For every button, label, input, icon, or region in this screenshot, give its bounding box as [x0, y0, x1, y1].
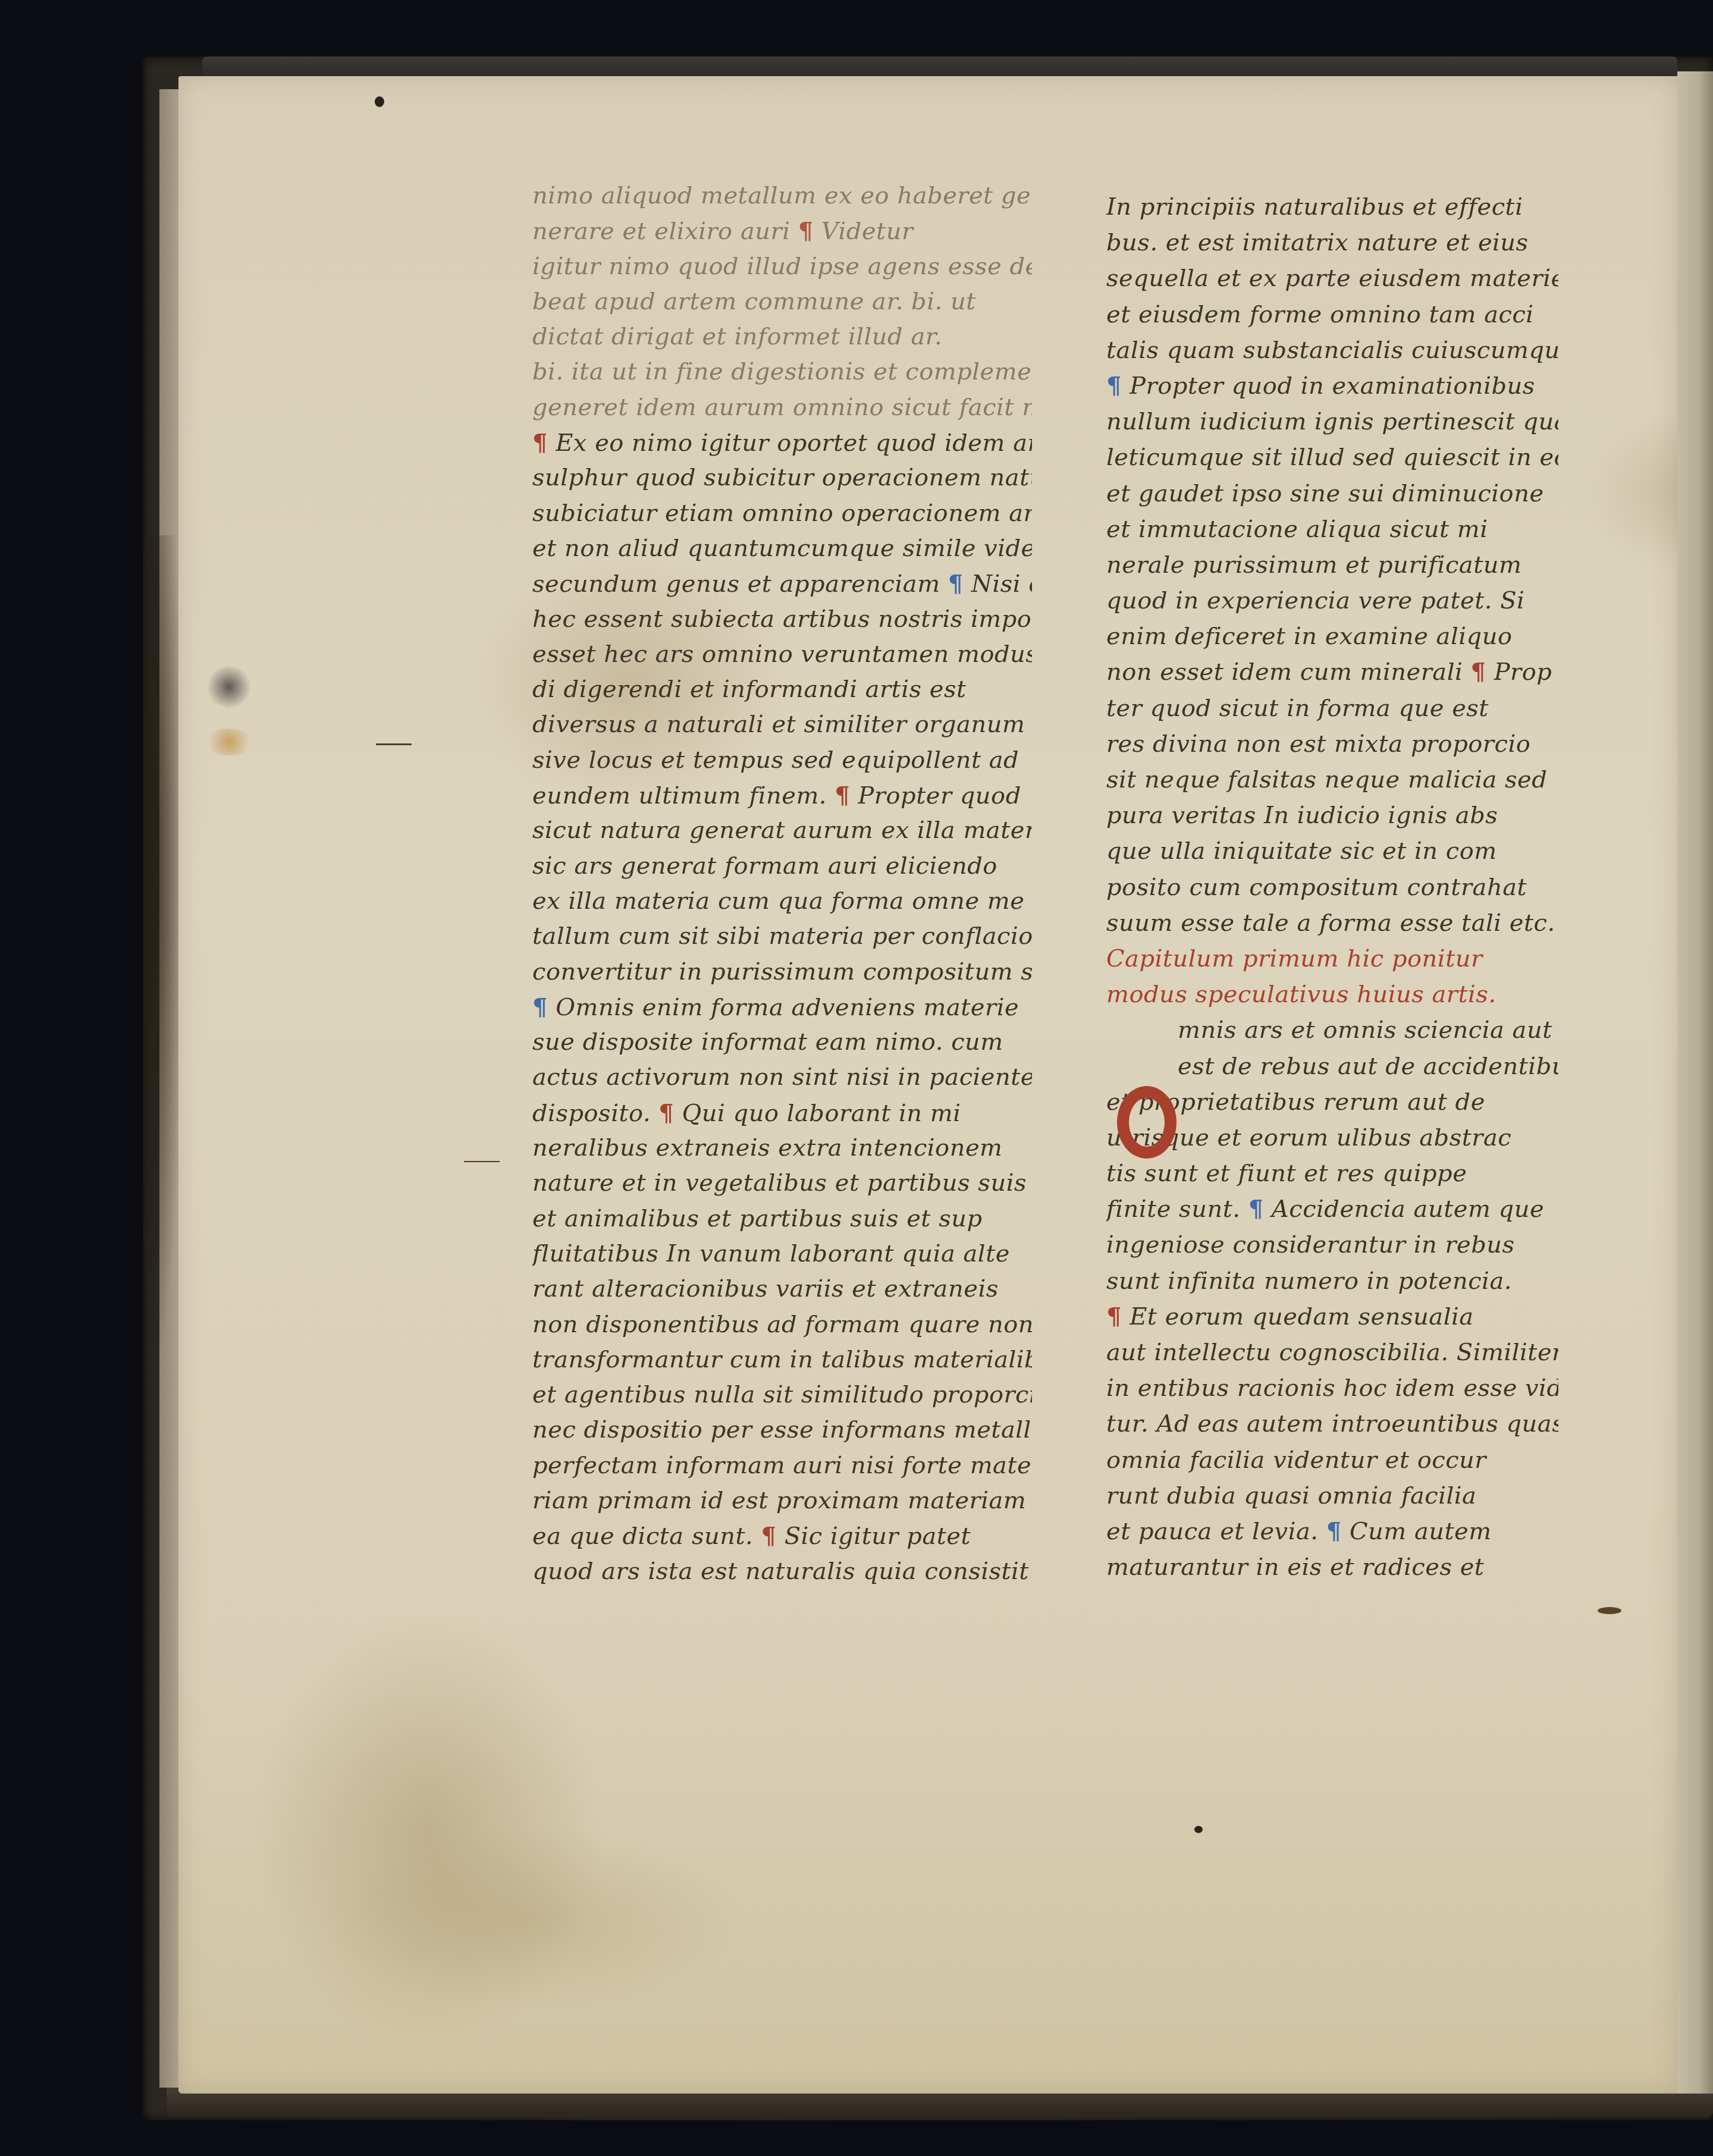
wax-drip-stain	[202, 729, 256, 755]
text-line: sive locus et tempus sed equipollent ad	[532, 743, 1032, 778]
text-line: disposito. ¶ Qui quo laborant in mi	[532, 1096, 1032, 1131]
left-text-column: nimo aliquod metallum ex eo haberet ge n…	[532, 178, 1032, 1589]
text-line: sulphur quod subicitur operacionem natur…	[532, 460, 1032, 495]
text-line: mnis ars et omnis sciencia aut	[1106, 1012, 1558, 1048]
text-line: sit neque falsitas neque malicia sed	[1106, 762, 1558, 798]
text-line: runt dubia quasi omnia facilia	[1106, 1478, 1558, 1514]
text-line: et immutacione aliqua sicut mi	[1106, 511, 1558, 547]
text-line: hec essent subiecta artibus nostris impo…	[532, 602, 1032, 637]
margin-dash	[376, 743, 412, 745]
text-line: nullum iudicium ignis pertinescit qua	[1106, 404, 1558, 440]
text-line: convertitur in purissimum compositum s. …	[532, 955, 1032, 990]
paragraph-mark-icon: ¶	[532, 429, 548, 457]
text-line: perfectam informam auri nisi forte mate	[532, 1448, 1032, 1483]
text-line: ingeniose considerantur in rebus	[1106, 1227, 1558, 1263]
text-line: non disponentibus ad formam quare non	[532, 1307, 1032, 1342]
text-line: et eiusdem forme omnino tam acci	[1106, 297, 1558, 332]
paragraph-mark-icon: ¶	[761, 1522, 776, 1550]
text-line: ter quod sicut in forma que est	[1106, 691, 1558, 726]
text-line: talis quam substancialis cuiuscumque mod…	[1106, 332, 1558, 368]
text-line: nimo aliquod metallum ex eo haberet ge	[532, 178, 1032, 214]
text-line: nature et in vegetalibus et partibus sui…	[532, 1166, 1032, 1201]
text-line: et gaudet ipso sine sui diminucione	[1106, 476, 1558, 511]
text-line: omnia facilia videntur et occur	[1106, 1442, 1558, 1478]
text-line: tallum cum sit sibi materia per conflaci…	[532, 919, 1032, 954]
paragraph-mark-icon: ¶	[798, 217, 814, 245]
ink-spot-mark	[1598, 1607, 1621, 1614]
text-line: fluitatibus In vanum laborant quia alte	[532, 1237, 1032, 1272]
paragraph-mark-icon: ¶	[834, 782, 850, 809]
text-line: generet idem aurum omnino sicut facit na…	[532, 390, 1032, 425]
text-line: res divina non est mixta proporcio	[1106, 726, 1558, 762]
text-line: In principiis naturalibus et effecti	[1106, 189, 1558, 225]
text-line: nerale purissimum et purificatum	[1106, 547, 1558, 583]
text-line: bus. et est imitatrix nature et eius	[1106, 225, 1558, 261]
text-line: sunt infinita numero in potencia.	[1106, 1263, 1558, 1299]
text-line: nec dispositio per esse informans metall…	[532, 1413, 1032, 1448]
text-line: di digerendi et informandi artis est	[532, 672, 1032, 707]
text-line: bi. ita ut in fine digestionis et comple…	[532, 354, 1032, 390]
text-line: diversus a naturali et similiter organum	[532, 707, 1032, 742]
text-line: transformantur cum in talibus materialib…	[532, 1342, 1032, 1377]
text-line: et agentibus nulla sit similitudo propor…	[532, 1377, 1032, 1413]
text-line: suum esse tale a forma esse tali etc.	[1106, 905, 1558, 941]
paragraph-mark-icon: ¶	[1106, 372, 1122, 400]
text-line: non esset idem cum minerali ¶ Prop	[1106, 654, 1558, 690]
text-line: ¶ Omnis enim forma adveniens materie	[532, 990, 1032, 1025]
text-line: sequella et ex parte eiusdem materie	[1106, 261, 1558, 296]
text-line: esset hec ars omnino veruntamen modus ag…	[532, 637, 1032, 672]
text-line: et non aliud quantumcumque simile videat…	[532, 531, 1032, 566]
text-line: dictat dirigat et informet illud ar.	[532, 319, 1032, 354]
text-line: finite sunt. ¶ Accidencia autem que	[1106, 1191, 1558, 1227]
text-line: enim deficeret in examine aliquo	[1106, 619, 1558, 654]
wormhole-mark	[375, 96, 384, 107]
right-text-column: In principiis naturalibus et effecti bus…	[1106, 189, 1558, 1585]
text-line: quod in experiencia vere patet. Si	[1106, 583, 1558, 619]
text-line: in entibus racionis hoc idem esse vide	[1106, 1370, 1558, 1406]
paragraph-mark-icon: ¶	[948, 570, 964, 598]
text-line: quod ars ista est naturalis quia consist…	[532, 1554, 1032, 1589]
text-line: et animalibus et partibus suis et sup	[532, 1201, 1032, 1237]
paragraph-mark-icon: ¶	[532, 993, 548, 1021]
text-line: igitur nimo quod illud ipse agens esse d…	[532, 249, 1032, 284]
gutter-spine	[1677, 71, 1713, 2094]
text-line: tis sunt et fiunt et res quippe	[1106, 1156, 1558, 1191]
text-line: est de rebus aut de accidentibus	[1106, 1049, 1558, 1084]
chapter-rubric-line: Capitulum primum hic ponitur	[1106, 941, 1558, 977]
margin-dash	[464, 1161, 500, 1162]
text-line: sicut natura generat aurum ex illa mater…	[532, 813, 1032, 848]
paragraph-mark-icon: ¶	[1326, 1517, 1342, 1545]
text-line: tur. Ad eas autem introeuntibus quasi	[1106, 1406, 1558, 1442]
paragraph-mark-icon: ¶	[658, 1099, 674, 1127]
paragraph-mark-icon: ¶	[1248, 1195, 1264, 1223]
text-line: et pauca et levia. ¶ Cum autem	[1106, 1514, 1558, 1549]
text-line: pura veritas In iudicio ignis abs	[1106, 798, 1558, 833]
text-line: eundem ultimum finem. ¶ Propter quod	[532, 778, 1032, 813]
text-line: secundum genus et apparenciam ¶ Nisi eni…	[532, 566, 1032, 601]
text-line: sue disposite informat eam nimo. cum	[532, 1025, 1032, 1060]
text-line: actus activorum non sint nisi in pacient…	[532, 1060, 1032, 1095]
text-line: que ulla iniquitate sic et in com	[1106, 833, 1558, 869]
decorated-initial-o	[1117, 1086, 1176, 1159]
text-line: aut intellectu cognoscibilia. Similiter	[1106, 1335, 1558, 1370]
text-line: subiciatur etiam omnino operacionem arti…	[532, 496, 1032, 531]
text-line: beat apud artem commune ar. bi. ut	[532, 284, 1032, 319]
chapter-rubric-line: modus speculativus huius artis.	[1106, 977, 1558, 1012]
text-line: ex illa materia cum qua forma omne me	[532, 884, 1032, 919]
text-line: ea que dicta sunt. ¶ Sic igitur patet	[532, 1518, 1032, 1554]
paragraph-mark-icon: ¶	[1470, 658, 1486, 686]
text-line: nerare et elixiro auri ¶ Videtur	[532, 214, 1032, 249]
text-line: ¶ Propter quod in examinationibus	[1106, 368, 1558, 404]
text-line: leticumque sit illud sed quiescit in eo	[1106, 440, 1558, 475]
text-line: posito cum compositum contrahat	[1106, 870, 1558, 905]
paragraph-mark-icon: ¶	[1106, 1303, 1122, 1330]
text-line: sic ars generat formam auri eliciendo	[532, 849, 1032, 884]
text-line: rant alteracionibus variis et extraneis	[532, 1272, 1032, 1307]
ink-blot	[205, 666, 253, 708]
text-line: ¶ Ex eo nimo igitur oportet quod idem ar…	[532, 425, 1032, 460]
text-line: ¶ Et eorum quedam sensualia	[1106, 1299, 1558, 1335]
text-line: maturantur in eis et radices et	[1106, 1549, 1558, 1585]
text-line: neralibus extraneis extra intencionem	[532, 1131, 1032, 1166]
text-line: riam primam id est proximam materiam int	[532, 1483, 1032, 1518]
ink-spot-mark	[1194, 1826, 1203, 1833]
